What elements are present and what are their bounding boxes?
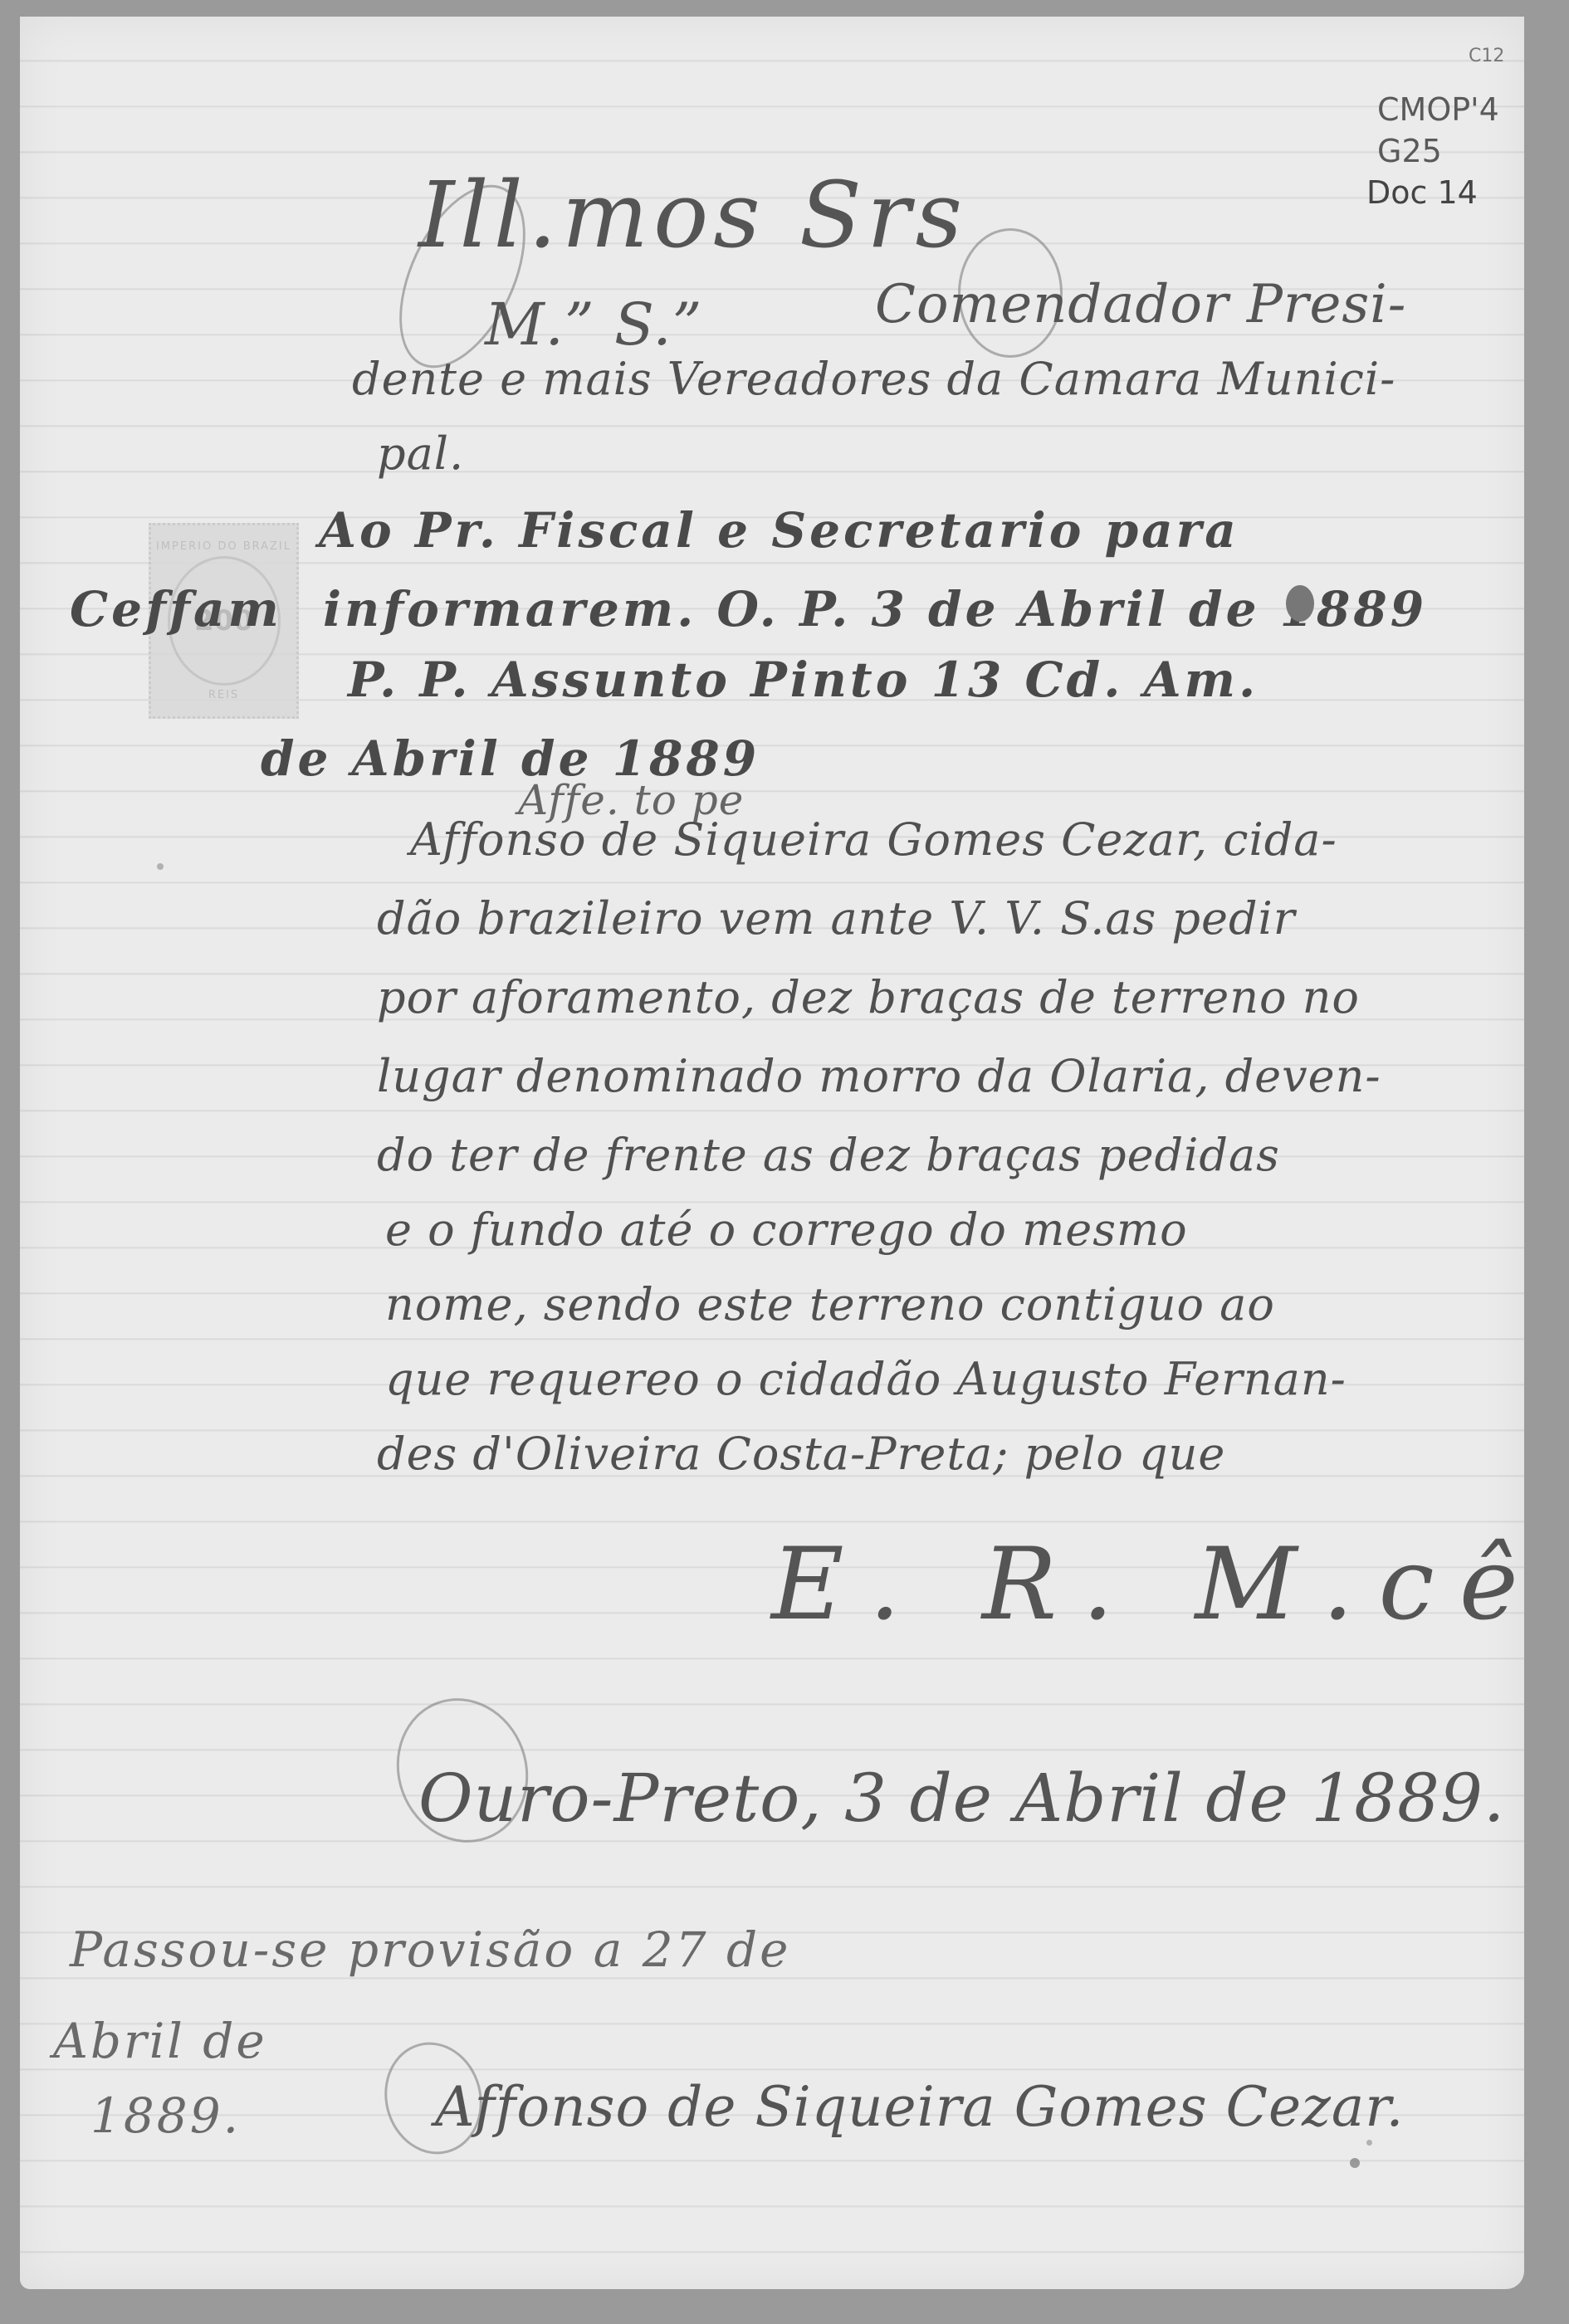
archive-mark-collection: CMOP'4	[1377, 91, 1499, 128]
margin-note-line-1: Passou-se provisão a 27 de	[70, 1921, 790, 1978]
ink-blot	[1286, 585, 1314, 622]
margin-note-line-2: Abril de	[53, 2013, 267, 2069]
archive-mark-corner: C12	[1469, 46, 1504, 66]
salutation-line-3: dente e mais Vereadores da Camara Munici…	[352, 353, 1395, 405]
petition-line-9: des d'Oliveira Costa-Preta; pelo que	[377, 1428, 1225, 1480]
despacho-line-1: Ao Pr. Fiscal e Secretario para	[319, 502, 1239, 559]
salutation-title: Ill.mos Srs	[418, 162, 967, 268]
ink-spot	[157, 863, 164, 870]
petitioner-signature: Affonso de Siqueira Gomes Cezar.	[435, 2075, 1405, 2139]
salutation-line-4: pal.	[377, 427, 464, 480]
petition-line-8: que requereo o cidadão Augusto Fernan-	[385, 1353, 1347, 1405]
petition-line-4: lugar denominado morro da Olaria, deven-	[377, 1050, 1381, 1102]
stamp-top-text: IMPERIO DO BRAZIL	[156, 540, 291, 553]
document-page: C12 CMOP'4 G25 Doc 14 Ill.mos Srs M.” S.…	[20, 17, 1524, 2289]
ink-spot	[1366, 2140, 1372, 2146]
despacho-margin-word: Ceffam	[70, 581, 282, 637]
despacho-line-2: informarem. O. P. 3 de Abril de 1889	[323, 581, 1427, 637]
margin-note-line-3: 1889.	[90, 2087, 241, 2144]
archive-mark-document: Doc 14	[1366, 174, 1478, 211]
despacho-line-3: P. P. Assunto Pinto 13 Cd. Am.	[348, 652, 1259, 708]
petition-line-6: e o fundo até o corrego do mesmo	[385, 1203, 1188, 1256]
salutation-honorifics: M.” S.”	[485, 290, 702, 359]
closing-formula: E. R. M.cê	[771, 1527, 1543, 1643]
petition-line-2: dão brazileiro vem ante V. V. S.as pedir	[377, 892, 1296, 945]
archive-mark-box: G25	[1377, 133, 1442, 169]
ink-spot	[1350, 2158, 1360, 2168]
petition-line-5: do ter de frente as dez braças pedidas	[377, 1129, 1280, 1181]
place-date: Ouro-Preto, 3 de Abril de 1889.	[418, 1760, 1505, 1837]
petition-line-1: Affonso de Siqueira Gomes Cezar, cida-	[410, 813, 1337, 866]
salutation-addressee: Comendador Presi-	[875, 274, 1406, 335]
stamp-bottom-text: REIS	[208, 689, 239, 701]
petition-line-7: nome, sendo este terreno contiguo ao	[385, 1278, 1275, 1330]
petition-line-3: por aforamento, dez braças de terreno no	[377, 971, 1360, 1023]
